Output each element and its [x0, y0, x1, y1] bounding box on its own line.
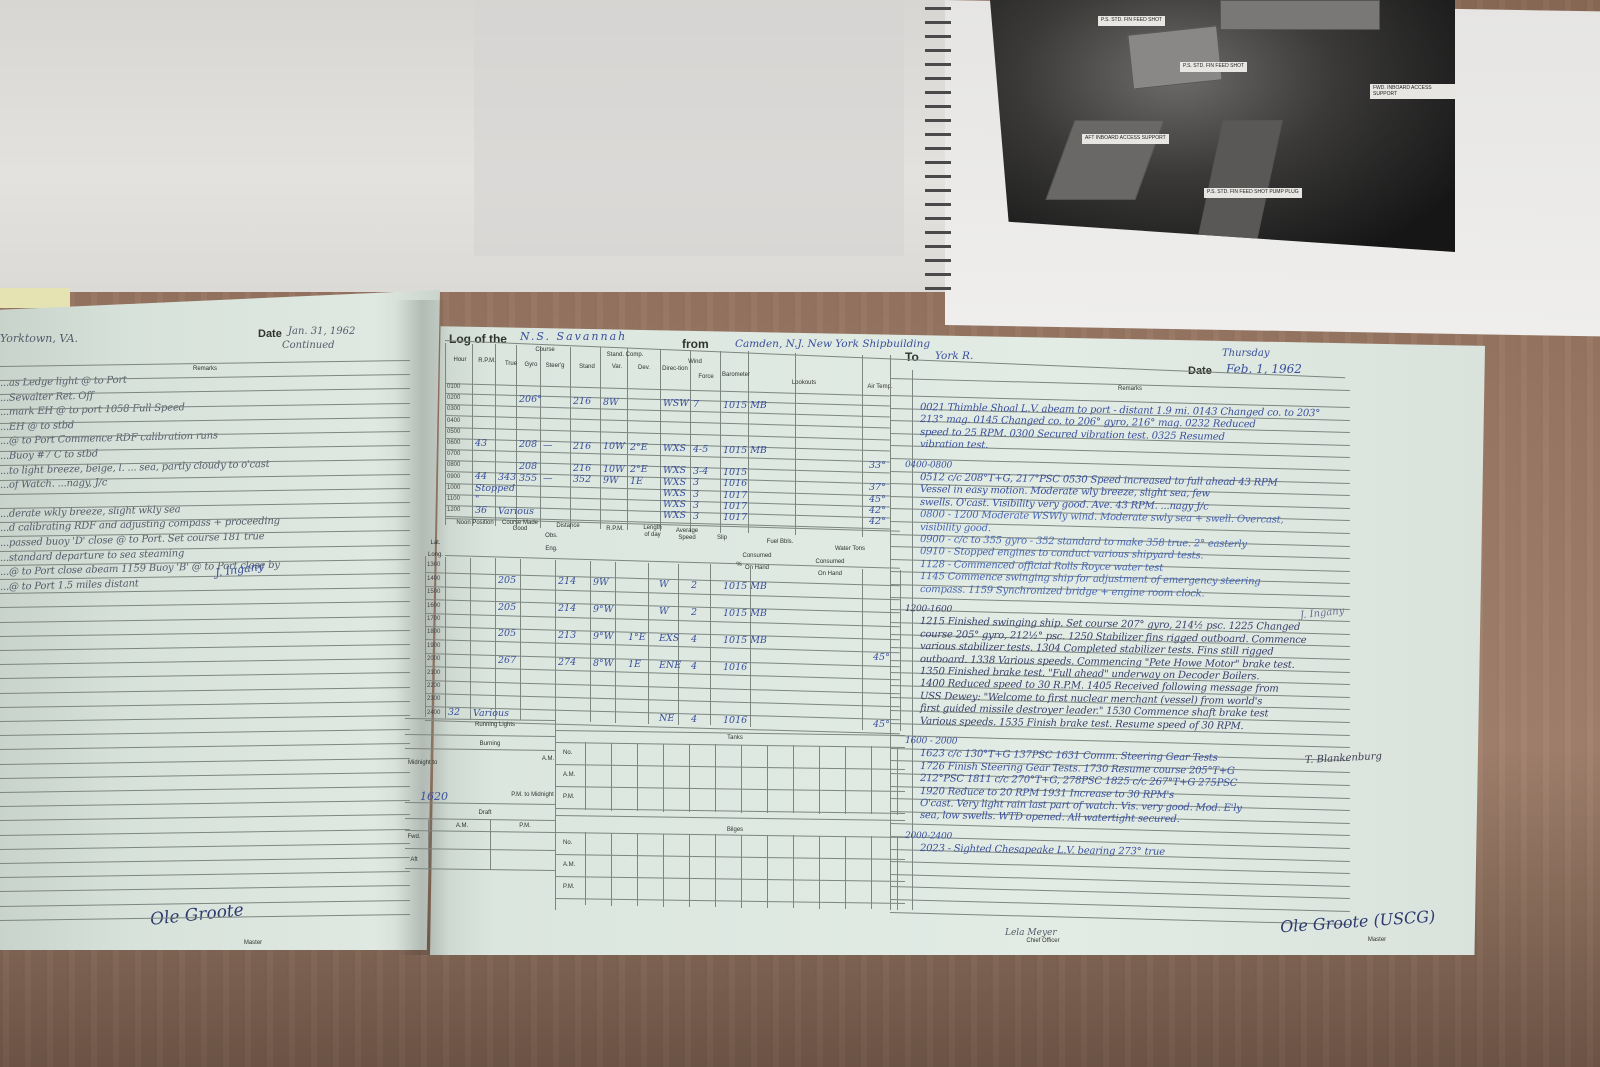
- watch-period-header: 0400-0800: [905, 460, 952, 471]
- hour-label: 1800: [427, 629, 440, 635]
- to-label: To: [905, 350, 919, 364]
- column-line: [793, 835, 794, 908]
- log-entry-true: Various: [473, 708, 509, 719]
- hour-label: 2000: [427, 656, 440, 662]
- log-entry-true: Various: [498, 506, 534, 517]
- label-length-of-day: Length of day: [640, 525, 665, 538]
- log-entry-baro: 1017: [723, 490, 747, 501]
- log-entry-stand: 352: [573, 474, 591, 485]
- label-course-made-good: Course Made Good: [500, 520, 540, 533]
- log-entry-force: 4: [691, 714, 697, 725]
- log-entry-rpm: 32: [448, 707, 460, 718]
- log-entry-baro: 1015 MB: [723, 400, 767, 411]
- hour-label: 0600: [447, 440, 460, 446]
- log-entry-baro: 1015 MB: [723, 445, 767, 456]
- hour-label: 1300: [427, 562, 440, 568]
- column-header-stand-comp: Stand. Comp.: [600, 352, 650, 359]
- log-entry-dev: 2°E: [630, 442, 648, 453]
- draft-pm-label: P.M.: [515, 823, 535, 830]
- column-line: [912, 370, 913, 910]
- log-entry-rpm: 43: [475, 438, 487, 449]
- draft-fwd-label: Fwd.: [404, 834, 424, 841]
- draft-aft-label: Aft: [404, 857, 424, 864]
- from-label: from: [682, 337, 709, 351]
- column-line: [767, 745, 768, 813]
- column-line: [890, 370, 891, 910]
- log-entry-force: 3: [693, 477, 699, 488]
- log-entry-gyro: 205: [498, 628, 516, 639]
- remark-line: visibility good.: [920, 522, 991, 534]
- column-header-var: Var.: [603, 364, 631, 371]
- log-entry-var: 9°W: [593, 604, 614, 615]
- master-label: Master: [1362, 937, 1392, 944]
- label-fuel: Fuel Bbls.: [760, 539, 800, 546]
- tanks-row-label: A.M.: [563, 772, 575, 779]
- hour-label: 0800: [447, 462, 460, 468]
- sticky-note: [0, 288, 70, 308]
- log-entry-stand: 214: [558, 603, 576, 614]
- log-entry-stand: 274: [558, 657, 576, 668]
- log-entry-dir: WXS: [663, 488, 686, 499]
- report-left-page: [0, 0, 945, 292]
- tanks-row-label: No.: [563, 750, 572, 757]
- hour-label: 0300: [447, 406, 460, 412]
- am-label: A.M.: [538, 756, 558, 763]
- log-entry-dir: W: [659, 579, 669, 590]
- label-long: Long.: [428, 552, 443, 559]
- log-entry-force: 4-5: [693, 444, 708, 455]
- label-water-on-hand: On Hand: [815, 571, 845, 578]
- log-entry-dev: 2°E: [630, 464, 648, 475]
- log-entry-temp: 45°: [873, 652, 890, 663]
- hour-label: 0900: [447, 474, 460, 480]
- log-entry-dev: 1E: [630, 476, 643, 487]
- hour-label: 1100: [447, 496, 460, 502]
- log-entry-force: 3: [693, 489, 699, 500]
- column-line: [741, 835, 742, 908]
- log-entry-temp: 33°: [869, 460, 886, 471]
- column-line: [540, 346, 541, 528]
- column-line: [472, 344, 473, 526]
- label-average-speed: Average Speed: [672, 528, 702, 541]
- spiral-binding: [925, 0, 951, 300]
- label-water-consumed: Consumed: [815, 559, 845, 566]
- log-entry-force: 3: [693, 500, 699, 511]
- column-line: [611, 743, 612, 811]
- draft-am-label: A.M.: [452, 823, 472, 830]
- chief-officer-signature: Lela Meyer: [1005, 928, 1057, 938]
- label-eng: Eng.: [544, 546, 559, 553]
- label-noon-position: Noon Position: [450, 520, 500, 527]
- column-header-course: Course: [525, 347, 565, 354]
- log-entry-baro: 1015 MB: [723, 608, 767, 619]
- hour-label: 1000: [447, 485, 460, 491]
- column-line: [637, 743, 638, 811]
- label-noon-rpm: R.P.M.: [605, 526, 625, 533]
- log-entry-dir: ENE: [659, 660, 681, 671]
- column-line: [689, 834, 690, 907]
- lights-pm-value: 1620: [420, 790, 448, 803]
- log-entry-dir: WXS: [663, 477, 686, 488]
- log-entry-baro: 1016: [723, 478, 747, 489]
- log-entry-temp: 42°: [869, 516, 886, 527]
- log-entry-var: 10W: [603, 464, 625, 475]
- log-entry-dev: 1E: [628, 659, 641, 670]
- log-entry-temp: 45°: [873, 719, 890, 730]
- label-water: Water Tons: [830, 546, 870, 553]
- log-entry-gyro: 205: [498, 575, 516, 586]
- remark-line: vibration test.: [920, 439, 988, 451]
- column-header-dev: Dev.: [630, 365, 658, 372]
- hour-label: 0200: [447, 395, 460, 401]
- column-line: [660, 349, 661, 531]
- from-value: Camden, N.J. New York Shipbuilding: [735, 338, 930, 350]
- column-line: [585, 832, 586, 905]
- hour-label: 1400: [427, 576, 440, 582]
- log-entry-baro: 1015 MB: [723, 635, 767, 646]
- bilges-title: Bilges: [720, 827, 750, 834]
- log-entry-var: 10W: [603, 441, 625, 452]
- log-entry-var: 9W: [603, 475, 619, 486]
- watch-period-header: 1200-1600: [905, 604, 952, 615]
- hour-label: 2300: [427, 696, 440, 702]
- tanks-row-label: P.M.: [563, 794, 575, 801]
- pm-to-midnight-label: P.M. to Midnight: [505, 792, 560, 799]
- log-entry-temp: 37°: [869, 482, 886, 493]
- log-entry-force: 7: [693, 399, 699, 410]
- log-entry-var: 9°W: [593, 631, 614, 642]
- chief-officer-label: Chief Officer: [1018, 938, 1068, 945]
- label-obs: Obs.: [544, 533, 559, 540]
- left-remarks-header: Remarks: [175, 366, 235, 373]
- log-entry-baro: 1016: [723, 715, 747, 726]
- left-place: Yorktown, VA.: [0, 332, 78, 345]
- log-entry-baro: 1017: [723, 501, 747, 512]
- column-line: [845, 746, 846, 814]
- log-entry-rpm: 36: [475, 505, 487, 516]
- column-header-wind: Wind: [680, 359, 710, 366]
- log-entry-gyro: 208: [519, 461, 537, 472]
- column-line: [715, 744, 716, 812]
- column-line: [428, 820, 429, 870]
- column-line: [490, 820, 491, 870]
- photo-label: FWD. INBOARD ACCESS SUPPORT: [1370, 84, 1455, 99]
- bilges-row-label: P.M.: [563, 884, 575, 891]
- column-line: [793, 745, 794, 813]
- log-entry-stand: 216: [573, 396, 591, 407]
- left-date-value: Jan. 31, 1962: [288, 326, 355, 337]
- column-header-barometer: Barometer: [722, 372, 750, 379]
- column-line: [516, 345, 517, 527]
- column-line: [845, 836, 846, 909]
- left-master-label: Master: [238, 940, 268, 947]
- log-entry-force: 3: [693, 511, 699, 522]
- log-entry-force: 4: [691, 634, 697, 645]
- log-entry-steer: —: [543, 440, 553, 451]
- log-entry-var: 8W: [603, 397, 619, 408]
- column-header-direction: Direc-tion: [661, 366, 689, 373]
- log-entry-stand: 216: [573, 463, 591, 474]
- log-entry-force: 2: [691, 607, 697, 618]
- bilges-row-label: A.M.: [563, 862, 575, 869]
- log-entry-dir: WXS: [663, 499, 686, 510]
- column-header-steering: Steer'g: [541, 363, 569, 370]
- hour-label: 2400: [427, 710, 440, 716]
- log-entry-baro: 1015 MB: [723, 581, 767, 592]
- column-line: [741, 745, 742, 813]
- log-entry-steer: —: [543, 473, 553, 484]
- burning-label: Burning: [465, 741, 515, 748]
- column-line: [819, 746, 820, 814]
- photo-label: P.S. STD. FIN FEED SHOT PUMP PLUG: [1204, 188, 1302, 198]
- column-line: [871, 746, 872, 814]
- log-entry-var: 9W: [593, 577, 609, 588]
- column-line: [445, 343, 446, 525]
- column-line: [663, 744, 664, 812]
- hour-label: 1200: [447, 507, 460, 513]
- photo-label: P.S. STD. FIN FEED SHOT: [1180, 62, 1247, 72]
- left-date-note: Continued: [282, 340, 335, 351]
- column-header-force: Force: [692, 374, 720, 381]
- tanks-title: Tanks: [720, 735, 750, 742]
- hour-label: 0400: [447, 418, 460, 424]
- column-line: [715, 834, 716, 907]
- log-entry-dir: WXS: [663, 465, 686, 476]
- column-line: [570, 347, 571, 529]
- label-slip: Slip: [712, 535, 732, 542]
- log-entry-stand: 213: [558, 630, 576, 641]
- column-line: [689, 744, 690, 812]
- column-line: [627, 348, 628, 530]
- column-line: [748, 351, 749, 533]
- log-entry-gyro: 208: [519, 439, 537, 450]
- column-line: [600, 347, 601, 529]
- log-entry-force: 3-4: [693, 466, 708, 477]
- log-entry-dir: W: [659, 606, 669, 617]
- column-header-hour: Hour: [446, 357, 474, 364]
- column-line: [663, 834, 664, 907]
- log-entry-gyro: 267: [498, 655, 516, 666]
- equipment-photograph: P.S. STD. FIN FEED SHOT P.S. STD. FIN FE…: [990, 0, 1455, 252]
- log-entry-baro: 1015: [723, 467, 747, 478]
- log-entry-rpm: Stopped: [475, 483, 515, 494]
- label-fuel-consumed: Consumed: [742, 553, 772, 560]
- log-entry-gyro: 205: [498, 602, 516, 613]
- label-fuel-on-hand: On Hand: [742, 565, 772, 572]
- label-distance: Distance: [548, 523, 588, 530]
- log-entry-temp: 42°: [869, 505, 886, 516]
- column-line: [611, 833, 612, 906]
- log-entry-rpm: 44: [475, 471, 487, 482]
- log-entry-dev: 1°E: [628, 632, 646, 643]
- hour-label: 1600: [427, 603, 440, 609]
- log-entry-temp: 45°: [869, 494, 886, 505]
- column-line: [767, 835, 768, 908]
- column-line: [637, 833, 638, 906]
- log-entry-dir: WXS: [663, 510, 686, 521]
- column-header-lookouts: Lookouts: [790, 380, 818, 387]
- hour-label: 1700: [427, 616, 440, 622]
- running-lights-title: Running Lights: [460, 722, 530, 729]
- hour-label: 0700: [447, 451, 460, 457]
- column-line: [819, 836, 820, 909]
- hour-label: 1500: [427, 589, 440, 595]
- log-entry-stand: 216: [573, 441, 591, 452]
- log-entry-rpm: ": [475, 494, 479, 505]
- log-entry-dir: WXS: [663, 443, 686, 454]
- log-entry-dir: WSW: [663, 398, 689, 409]
- hour-label: 0100: [447, 384, 460, 390]
- log-entry-var: 8°W: [593, 658, 614, 669]
- log-entry-gyro: 355: [519, 473, 537, 484]
- column-line: [862, 355, 863, 537]
- label-lat: Lat.: [428, 540, 443, 547]
- log-title-label: Log of the: [449, 332, 507, 346]
- bilges-row-label: No.: [563, 840, 572, 847]
- photo-label: P.S. STD. FIN FEED SHOT: [1098, 16, 1165, 26]
- midnight-to-label: Midnight to: [408, 760, 448, 767]
- watch-period-header: 2000-2400: [905, 831, 952, 842]
- log-entry-gyro: 206°: [519, 394, 542, 405]
- log-entry-dir: NE: [659, 713, 674, 724]
- hour-label: 0500: [447, 429, 460, 435]
- log-entry-dir: EXS: [659, 633, 679, 644]
- column-line: [495, 344, 496, 526]
- left-date-label: Date: [258, 328, 282, 340]
- column-line: [690, 350, 691, 532]
- watch-period-header: 1600 - 2000: [905, 736, 958, 747]
- log-entry-stand: 214: [558, 576, 576, 587]
- column-line: [900, 570, 901, 731]
- draft-title: Draft: [470, 810, 500, 817]
- column-header-standard: Stand: [573, 364, 601, 371]
- column-line: [720, 351, 721, 533]
- column-line: [585, 742, 586, 810]
- column-line: [897, 747, 898, 815]
- column-line: [871, 836, 872, 909]
- day-of-week: Thursday: [1222, 348, 1269, 359]
- hour-label: 1900: [427, 643, 440, 649]
- log-entry-true: 343: [498, 472, 516, 483]
- log-entry-force: 2: [691, 580, 697, 591]
- vessel-name: N.S. Savannah: [520, 330, 627, 343]
- log-entry-force: 4: [691, 661, 697, 672]
- photo-label: AFT INBOARD ACCESS SUPPORT: [1082, 134, 1169, 144]
- hour-label: 2100: [427, 670, 440, 676]
- log-entry-baro: 1016: [723, 662, 747, 673]
- remarks-header: Remarks: [1110, 386, 1150, 393]
- hour-label: 2200: [427, 683, 440, 689]
- log-entry-baro: 1017: [723, 512, 747, 523]
